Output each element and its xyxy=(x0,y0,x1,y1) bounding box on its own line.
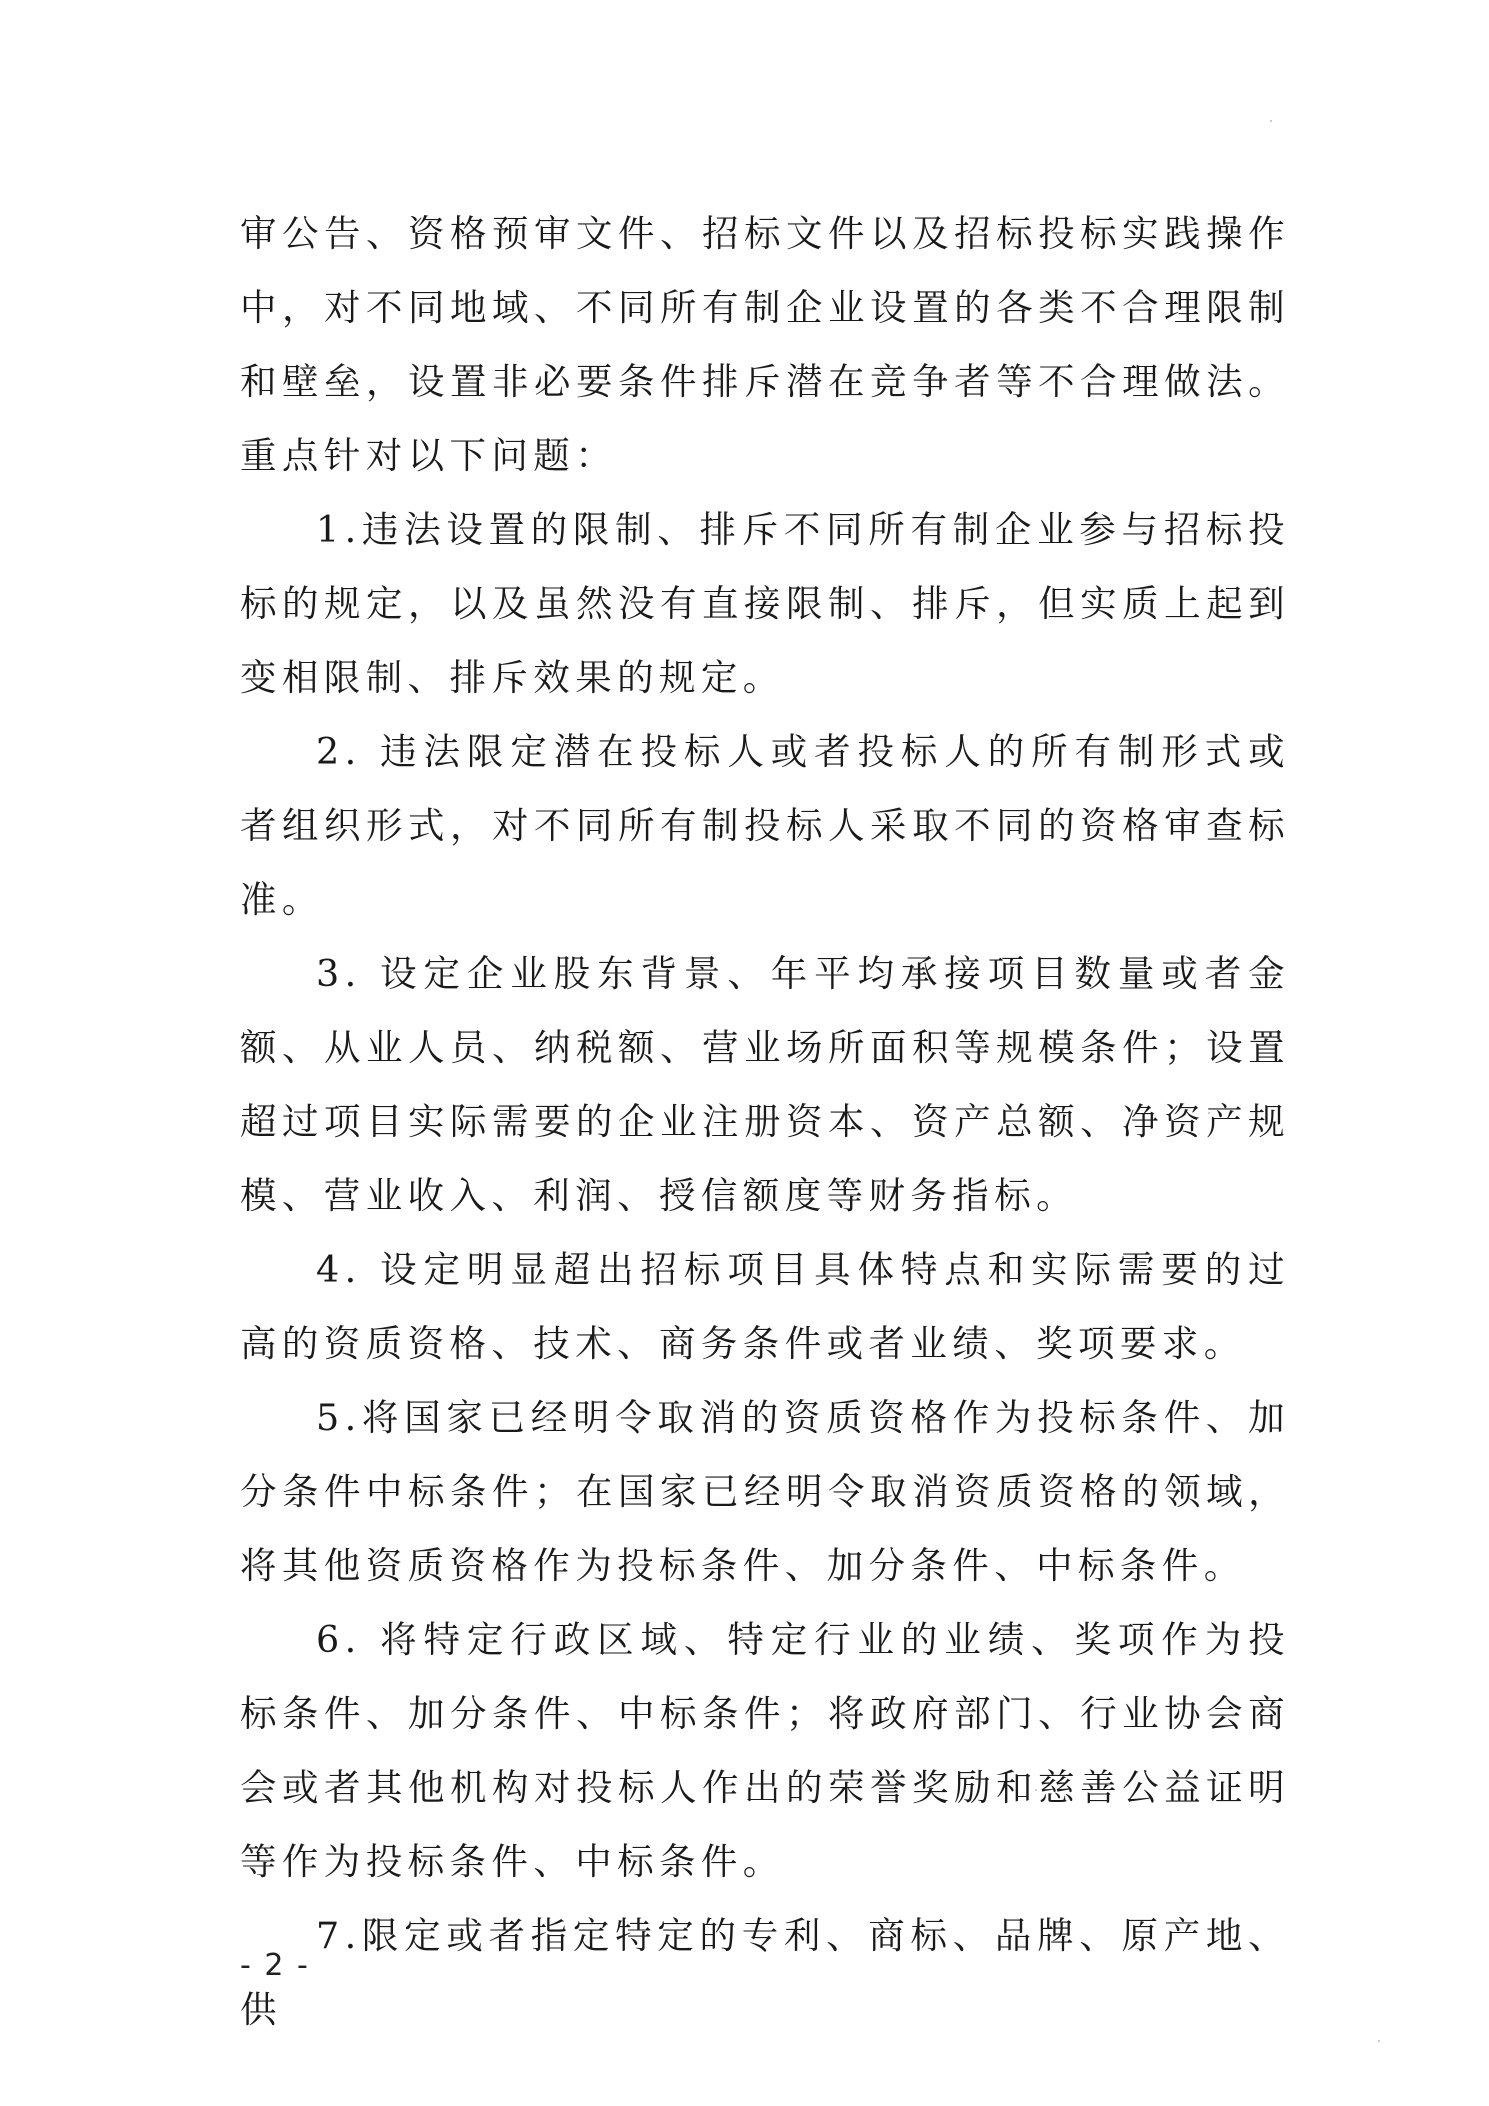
paragraph-item-2: 2. 违法限定潜在投标人或者投标人的所有制形式或者组织形式，对不同所有制投标人采… xyxy=(240,715,1290,937)
document-page: 审公告、资格预审文件、招标文件以及招标投标实践操作中，对不同地域、不同所有制企业… xyxy=(0,0,1489,2106)
paragraph-item-5: 5.将国家已经明令取消的资质资格作为投标条件、加分条件中标条件；在国家已经明令取… xyxy=(240,1381,1290,1603)
paragraph-item-4: 4. 设定明显超出招标项目具体特点和实际需要的过高的资质资格、技术、商务条件或者… xyxy=(240,1233,1290,1381)
body-text: 审公告、资格预审文件、招标文件以及招标投标实践操作中，对不同地域、不同所有制企业… xyxy=(240,197,1290,2047)
scan-speck xyxy=(1378,2040,1380,2042)
scan-speck xyxy=(1208,1112,1210,1114)
paragraph-item-3: 3. 设定企业股东背景、年平均承接项目数量或者金额、从业人员、纳税额、营业场所面… xyxy=(240,937,1290,1233)
paragraph-item-7: 7.限定或者指定特定的专利、商标、品牌、原产地、供 xyxy=(240,1899,1290,2047)
page-number: - 2 - xyxy=(240,1948,310,1983)
scan-speck xyxy=(1270,120,1272,122)
paragraph-intro: 审公告、资格预审文件、招标文件以及招标投标实践操作中，对不同地域、不同所有制企业… xyxy=(240,197,1290,493)
scan-speck xyxy=(1035,1789,1037,1791)
paragraph-item-6: 6. 将特定行政区域、特定行业的业绩、奖项作为投标条件、加分条件、中标条件；将政… xyxy=(240,1603,1290,1899)
paragraph-item-1: 1.违法设置的限制、排斥不同所有制企业参与招标投标的规定，以及虽然没有直接限制、… xyxy=(240,493,1290,715)
